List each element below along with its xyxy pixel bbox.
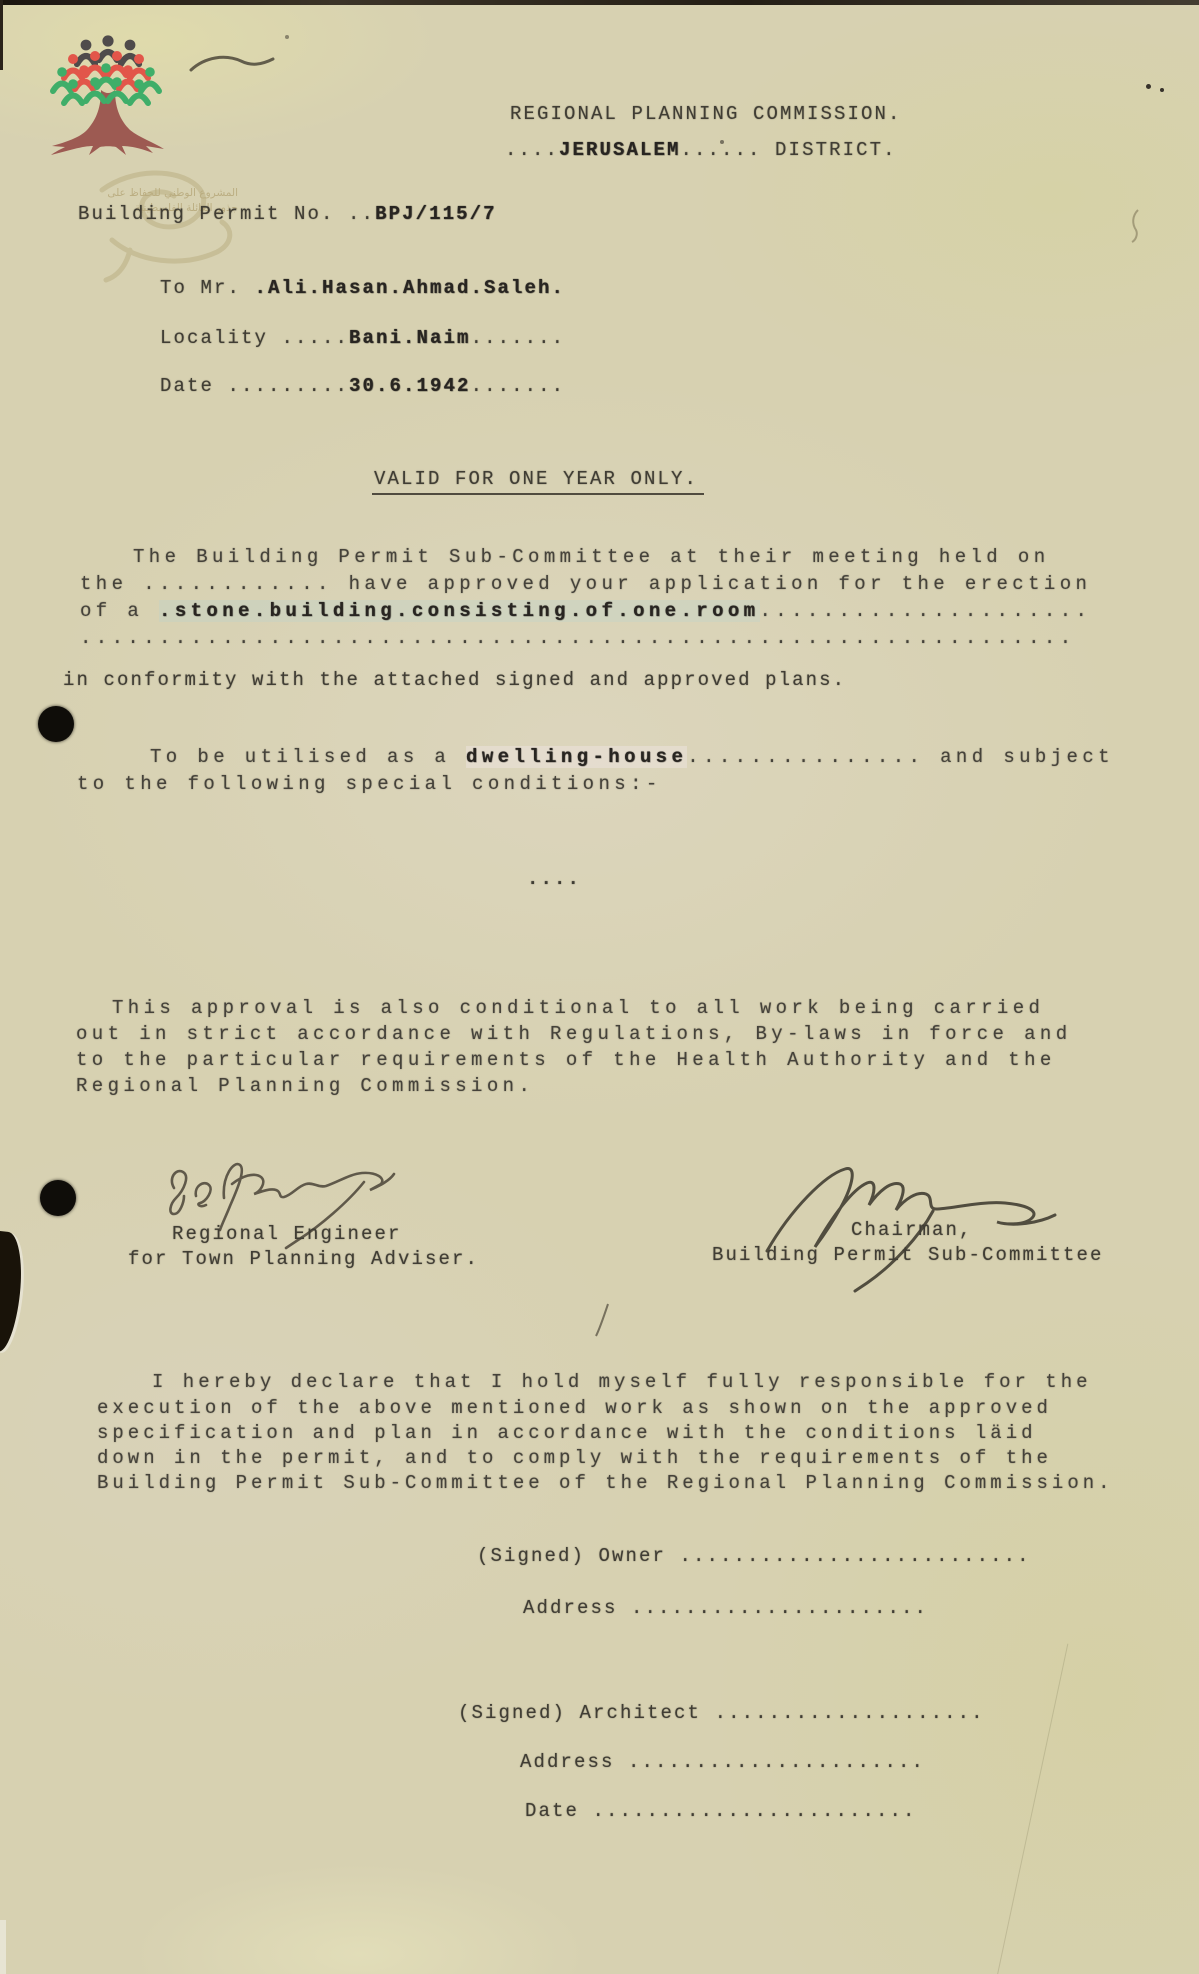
conditions-line1: This approval is also conditional to all… — [112, 997, 1044, 1019]
permit-number-value: BPJ/115/7 — [375, 203, 497, 225]
to-label: To Mr. — [160, 277, 255, 299]
owner-dots: .......................... — [680, 1545, 1031, 1567]
signing-date-label: Date — [525, 1800, 593, 1822]
architect-address-label: Address — [520, 1751, 628, 1773]
signing-date-line: Date ........................ — [525, 1800, 917, 1822]
architect-signature-line: (Signed) Architect .................... — [458, 1702, 985, 1724]
district-dots-pre: .... — [505, 139, 559, 161]
permit-number-dots: .. — [335, 203, 376, 225]
architect-address-line: Address ...................... — [520, 1751, 925, 1773]
punch-hole — [38, 706, 74, 742]
permit-number-line: Building Permit No. ..BPJ/115/7 — [78, 203, 497, 225]
chairman-title: Chairman, — [851, 1219, 973, 1241]
conformity-line: in conformity with the attached signed a… — [63, 669, 846, 691]
approval-paragraph-line1: The Building Permit Sub-Committee at the… — [133, 546, 1050, 568]
separator-dots: .... — [527, 868, 581, 890]
owner-signature-line: (Signed) Owner .........................… — [477, 1545, 1031, 1567]
header-district-line: ....JERUSALEM...... DISTRICT. — [505, 139, 897, 161]
conditions-line4: Regional Planning Commission. — [76, 1075, 534, 1097]
locality-dots-pre: ..... — [282, 327, 350, 349]
scan-left-tear-mark — [0, 1231, 26, 1353]
date-label: Date — [160, 375, 228, 397]
locality-value: Bani.Naim — [349, 327, 471, 349]
utilised-pre: To be utilised as a — [150, 746, 466, 768]
family-tree-logo — [46, 34, 170, 156]
watermark-arabic-line1: المشروع الوطني للحفاظ على — [70, 186, 238, 201]
district-name: JERUSALEM — [559, 139, 681, 161]
owner-address-dots: ...................... — [631, 1597, 928, 1619]
utilisation-line1: To be utilised as a dwelling-house......… — [150, 746, 1114, 768]
punch-hole — [40, 1180, 76, 1216]
approval-paragraph-line2: the ............ have approved your appl… — [80, 573, 1091, 595]
addressee-line: To Mr. .Ali.Hasan.Ahmad.Saleh. — [160, 277, 565, 299]
town-planning-adviser-title: for Town Planning Adviser. — [128, 1248, 479, 1270]
header-commission-line: REGIONAL PLANNING COMMISSION. — [510, 103, 902, 125]
scanned-building-permit-document: المشروع الوطني للحفاظ على جذور العائلة ا… — [0, 0, 1199, 1974]
declaration-line1: I hereby declare that I hold myself full… — [152, 1371, 1092, 1393]
addressee-name: .Ali.Hasan.Ahmad.Saleh. — [255, 277, 566, 299]
conditions-line2: out in strict accordance with Regulation… — [76, 1023, 1072, 1045]
declaration-line5: Building Permit Sub-Committee of the Reg… — [97, 1472, 1114, 1494]
date-dots-post: ....... — [471, 375, 566, 397]
date-dots-pre: ......... — [228, 375, 350, 397]
ink-speck — [285, 35, 289, 39]
owner-address-line: Address ...................... — [523, 1597, 928, 1619]
architect-signed-label: (Signed) — [458, 1702, 580, 1724]
approval-paragraph-line3: of a .stone.building.consisting.of.one.r… — [80, 600, 1091, 622]
district-dots-post: ...... DISTRICT. — [681, 139, 897, 161]
date-value: 30.6.1942 — [349, 375, 471, 397]
locality-line: Locality .....Bani.Naim....... — [160, 327, 565, 349]
declaration-line3: specification and plan in accordance wit… — [97, 1422, 1037, 1444]
architect-dots: .................... — [715, 1702, 985, 1724]
pen-slash-mark — [592, 1300, 612, 1340]
paper-crease — [997, 1644, 1069, 1974]
erection-pre: of a — [80, 600, 159, 622]
ink-speck — [1160, 88, 1164, 92]
validity-heading: VALID FOR ONE YEAR ONLY. — [372, 468, 704, 495]
erection-description: .stone.building.consisting.of.one.room — [159, 600, 759, 622]
pen-scratch-mark — [185, 48, 280, 78]
regional-engineer-title: Regional Engineer — [172, 1223, 402, 1245]
ink-speck — [1146, 84, 1151, 89]
utilised-post: ............... and subject — [687, 746, 1114, 768]
declaration-line2: execution of the above mentioned work as… — [97, 1397, 1052, 1419]
scan-bottom-left-sliver — [0, 1920, 6, 1974]
architect-label: Architect — [580, 1702, 715, 1724]
permit-number-label: Building Permit No. — [78, 203, 335, 225]
owner-address-label: Address — [523, 1597, 631, 1619]
small-mark — [1124, 206, 1146, 246]
scan-left-edge — [0, 0, 3, 70]
architect-address-dots: ...................... — [628, 1751, 925, 1773]
locality-label: Locality — [160, 327, 282, 349]
owner-signed-label: (Signed) — [477, 1545, 599, 1567]
date-line: Date .........30.6.1942....... — [160, 375, 565, 397]
scan-top-edge — [0, 0, 1199, 5]
locality-dots-post: ....... — [471, 327, 566, 349]
erection-dots: ..................... — [760, 600, 1092, 622]
utilisation-line2: to the following special conditions:- — [77, 773, 662, 795]
conditions-line3: to the particular requirements of the He… — [76, 1049, 1056, 1071]
building-permit-subcommittee-title: Building Permit Sub-Committee — [712, 1244, 1104, 1266]
declaration-line4: down in the permit, and to comply with t… — [97, 1447, 1052, 1469]
signing-date-dots: ........................ — [593, 1800, 917, 1822]
owner-label: Owner — [599, 1545, 680, 1567]
utilisation-value: dwelling-house — [466, 746, 687, 768]
approval-paragraph-line4: ........................................… — [80, 627, 1076, 649]
